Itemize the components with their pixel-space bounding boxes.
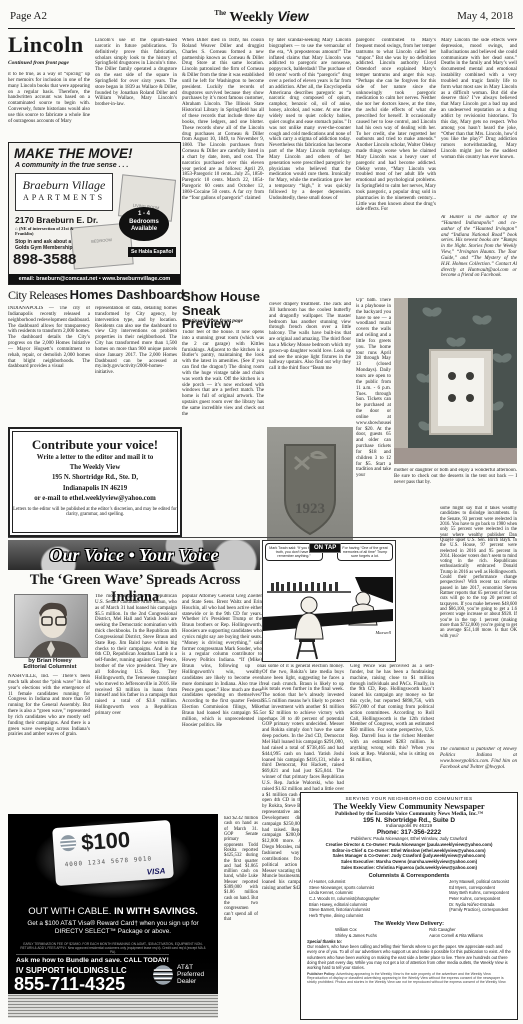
cartoon-bar-scene <box>263 577 393 661</box>
card-number: 4000 1234 5678 9010 <box>64 855 152 868</box>
braeburn-bedrooms-badge: 1 - 4 Bedrooms Available <box>119 207 169 241</box>
braeburn-se-habla: Se Habla Español <box>128 247 176 257</box>
greenwave-col1: NASHVILLE, Ind. — There’s been much talk… <box>8 674 90 808</box>
brian-howey-photo <box>14 594 88 658</box>
braeburn-phone: 898-3588 <box>13 251 76 268</box>
greenwave-colophon: The columnist is publisher of Howey Poli… <box>440 747 517 789</box>
braeburn-headline: MAKE THE MOVE! <box>14 146 180 161</box>
braeburn-logo-apartments: APARTMENTS <box>16 193 112 202</box>
contribute-note: Letters to the editor will be published … <box>10 507 180 517</box>
braeburn-logo: Braeburn Village APARTMENTS <box>15 173 113 211</box>
paper-title-view: View <box>277 8 308 24</box>
att-legal-fine-print <box>8 994 218 1018</box>
columnists-lists: Al Hunter, columnistSteve Nicewanger, sp… <box>301 879 517 919</box>
cartoonist-signature: Maxwell <box>376 630 392 635</box>
delivery-left: William CoxShirley & James Fuchs <box>335 927 377 938</box>
braeburn-gym-note: Stop in and ask about a Golds Gym Member… <box>15 239 73 251</box>
greenwave-col2: The most conspicuous is Republican U.S. … <box>95 594 177 808</box>
braeburn-address: 2170 Braeburn E. Dr. <box>15 215 98 225</box>
newspaper-page: Page A2 The Weekly View May 4, 2018 Linc… <box>0 0 523 1024</box>
paper-title-weekly: Weekly <box>229 10 273 25</box>
showhouse-col4: mother or daughter or both and enjoy a w… <box>394 468 517 502</box>
att-dealer-label: AT&T Preferred Dealer <box>177 964 204 985</box>
lincoln-col5: paregoric contributed to Mary’s frequent… <box>356 38 436 296</box>
columnists-right: Jerry Maxwell, political cartoonistEd My… <box>449 879 509 919</box>
on-tap-sign: ON TAP <box>309 543 341 553</box>
contribute-line1: Write a letter to the editor and mail it… <box>10 453 180 463</box>
masthead-name: The Weekly View Community Newspaper <box>301 801 517 811</box>
showhouse-headline: Show House Sneak Preview <box>182 290 266 331</box>
visa-reward-card: $100 4000 1234 5678 9010 VISA <box>52 820 174 886</box>
greenwave-col5: Greg Pence was perceived as a self-funde… <box>350 664 434 788</box>
lincoln-col3: When Diller died in 1849, his cousin Rol… <box>182 38 264 288</box>
page-header: Page A2 The Weekly View May 4, 2018 <box>8 6 515 29</box>
att-dealer-block: AT&T Preferred Dealer <box>152 964 212 986</box>
delivery-lists: William CoxShirley & James Fuchs Rob Cav… <box>301 927 517 938</box>
contribute-email-line: or e-mail to ethel.weeklyview@yahoo.com <box>10 494 180 504</box>
lincoln-continued: Continued from front page <box>8 60 69 66</box>
lincoln-col1: it to be true, as a way of “spicing” up … <box>8 72 90 140</box>
special-thanks: Special thanks to: Our readers, who have… <box>301 939 517 970</box>
editorial-cartoon: Mark Twain said: “If you tell the truth,… <box>262 540 396 662</box>
delivery-right: Rob CavagherAaron Cornell & Rita William… <box>429 927 483 938</box>
att-terms: EARLY TERMINATION FEE OF $20/MO. FOR EAC… <box>18 942 208 954</box>
att-cta: Ask me how to Bundle and save. CALL TODA… <box>16 954 169 964</box>
homes-col2: representation of data, detailing homes … <box>95 306 177 422</box>
lincoln-col2: Lincoln’s use of the opium-based narcoti… <box>95 38 177 140</box>
showhouse-col1: Tudor feel of the house. It now opens in… <box>182 330 264 560</box>
columnists-left: Al Hunter, columnistSteve Nicewanger, sp… <box>309 879 380 919</box>
butterfly-wallpaper-photo <box>394 298 517 464</box>
svg-text:1923: 1923 <box>295 501 325 517</box>
contribute-line2: The Weekly View <box>10 463 180 473</box>
att-headline: OUT WITH CABLE. IN WITH SAVINGS. <box>8 906 218 917</box>
our-voice-banner: Our Voice • Your Voice <box>8 540 260 570</box>
card-amount: $100 <box>80 827 131 856</box>
showhouse-continued: Continued from front page <box>182 318 243 324</box>
contribute-line4: Indianapolis IN 46219 <box>10 484 180 494</box>
homes-dashboard-headline: City Releases Homes Dashboard <box>8 286 180 304</box>
braeburn-subline: A community in the true sense . . . <box>15 162 180 169</box>
masthead-staff: Publishers: Paula Nicewanger, Ethel Wins… <box>301 836 517 871</box>
att-phone: 855-711-4325 <box>14 974 125 995</box>
showhouse-col2: clever drapery treatment. The Jack and J… <box>269 302 351 424</box>
brian-howey-portrait-art <box>15 595 87 657</box>
page-date: May 4, 2018 <box>457 10 513 22</box>
paper-title: The Weekly View <box>8 8 515 26</box>
att-offer: Get a $100 AT&T Visa® Reward Card† when … <box>20 920 206 936</box>
att-directv-ad: $100 4000 1234 5678 9010 VISA OUT WITH C… <box>8 814 218 1018</box>
braeburn-contact-bar: email: braeburn@comcast.net • www.braebu… <box>9 274 180 284</box>
braeburn-address2: ⌂ (NE of intersection of 21st & Franklin… <box>15 226 75 236</box>
paper-title-the: The <box>214 9 226 17</box>
masthead-phone: Phone: 317-356-2222 <box>301 829 517 836</box>
lincoln-col6: Mary Lincoln the side effects were depre… <box>441 38 517 214</box>
lincoln-headline: Lincoln <box>8 32 84 58</box>
contribute-line3: 195 N. Shortridge Rd., Ste. D, <box>10 473 180 483</box>
att-globe-icon <box>59 833 78 852</box>
greenwave-col3b: had $2.42 million cash on hand as of Mar… <box>224 816 258 1018</box>
showhouse-col3: Up” bath. There is a playhouse in the ba… <box>356 298 391 508</box>
masthead-address1: 195 N. Shortridge Rd., Suite D <box>301 817 517 824</box>
greenwave-byline: by Brian Howey Editorial Columnist <box>8 658 92 670</box>
contribute-voice-box: Contribute your voice! Write a letter to… <box>8 427 182 537</box>
cartoon-bubble-trump: For having “One of the great memories of… <box>337 543 393 561</box>
masthead-box: SERVING YOUR NEIGHBORHOOD COMMUNITIES Th… <box>300 792 518 1020</box>
section-divider <box>8 537 515 538</box>
butterfly-photo-art <box>394 298 517 464</box>
braeburn-apartments-ad: MAKE THE MOVE! A community in the true s… <box>8 142 181 285</box>
greenwave-col3: popular Attorney General Greg Zoeller an… <box>182 594 262 808</box>
visa-logo: VISA <box>146 866 165 876</box>
publisher-policy: Publisher Policy: Advertising appearing … <box>301 972 517 985</box>
braeburn-logo-script: Braeburn Village <box>16 178 112 193</box>
lincoln-col4: by later scandal-seeking Mary Lincoln bi… <box>269 38 351 300</box>
homes-col1: INDIANAPOLIS — The city of Indianapolis … <box>8 306 90 422</box>
att-dealer-globe-icon <box>152 964 174 986</box>
greenwave-col6: some might say that it takes wealthy can… <box>440 506 517 746</box>
contribute-title: Contribute your voice! <box>10 437 180 453</box>
lincoln-author-bio: Al Hunter is the author of the “Haunted … <box>441 215 517 295</box>
